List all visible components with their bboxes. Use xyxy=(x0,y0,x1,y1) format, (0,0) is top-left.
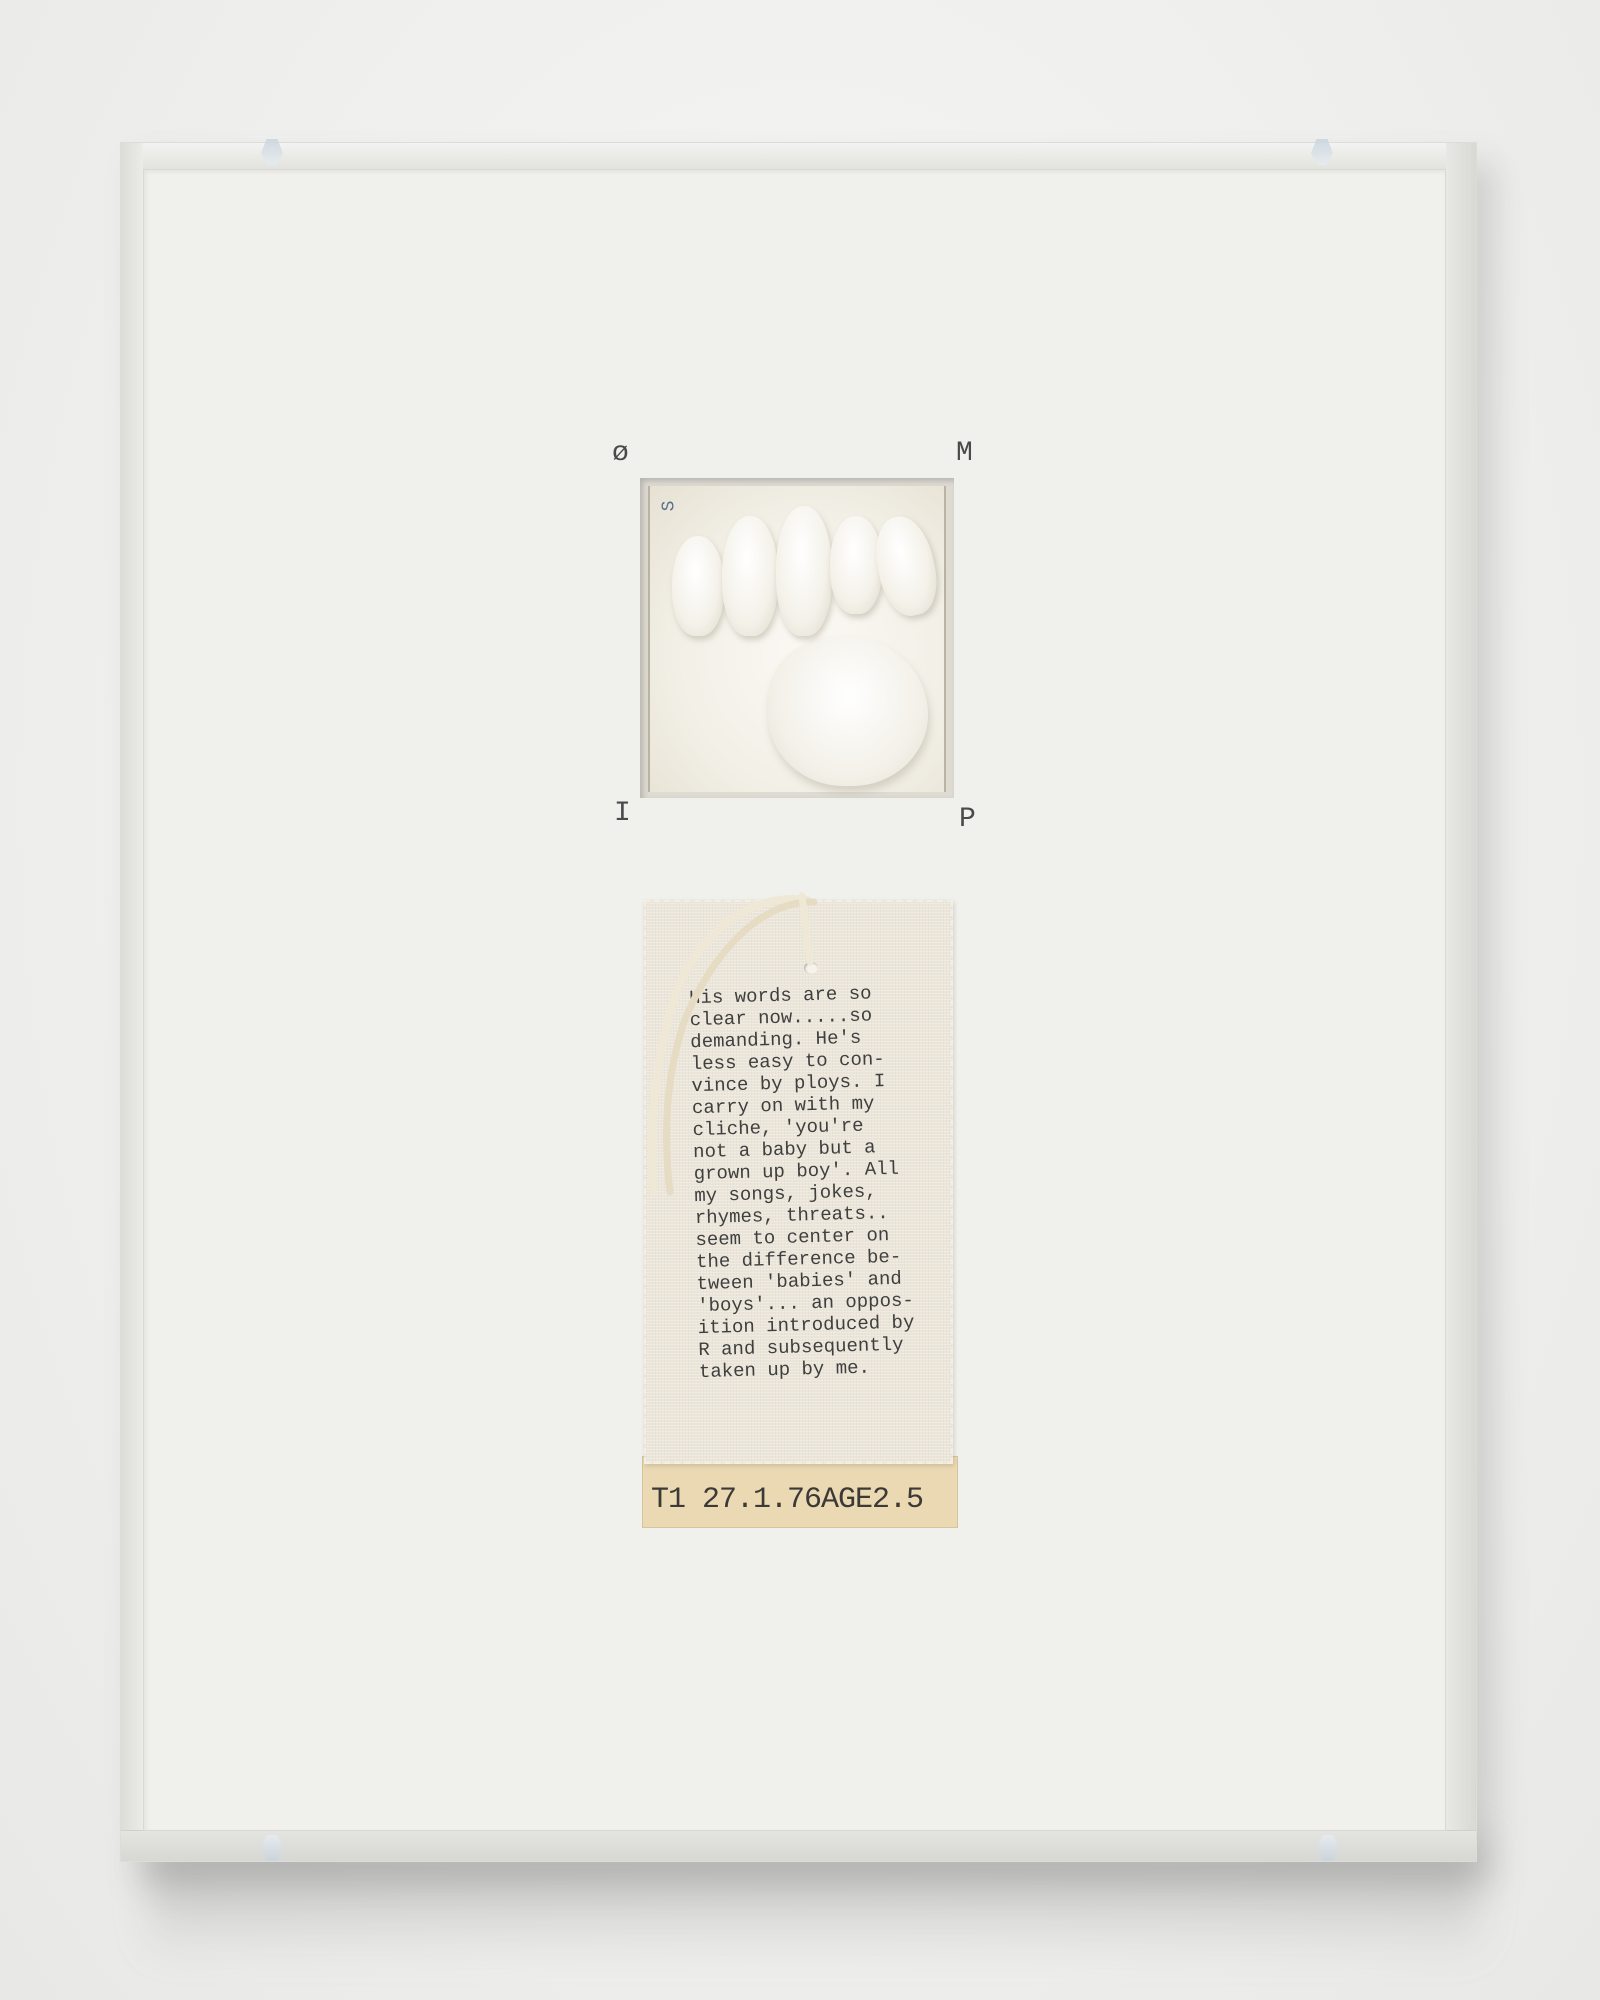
fabric-tag: T1 27.1.76AGE2.5 His words are so clear … xyxy=(642,896,956,1528)
acrylic-edge-right xyxy=(1446,143,1476,1861)
cast-mark: S xyxy=(659,501,679,512)
plaster-hand-cast: S xyxy=(648,486,946,792)
corner-letter-top-left: ø xyxy=(612,438,629,469)
finger-shape xyxy=(830,516,882,614)
corner-letter-bottom-right: P xyxy=(959,804,976,835)
acrylic-edge-left xyxy=(121,143,143,1861)
finger-shape xyxy=(776,506,832,636)
thumb-shape xyxy=(868,511,944,620)
date-label-text: T1 27.1.76AGE2.5 xyxy=(651,1483,923,1517)
date-label: T1 27.1.76AGE2.5 xyxy=(642,1456,958,1528)
finger-shape xyxy=(672,536,724,636)
acrylic-frame: ø M I P S T1 27.1.76AGE2.5 His words a xyxy=(120,142,1477,1862)
acrylic-edge-top xyxy=(121,143,1476,170)
palm-shape xyxy=(768,636,928,786)
tag-string xyxy=(552,892,842,1212)
corner-letter-top-right: M xyxy=(956,438,973,469)
hand-cast-window: S xyxy=(640,478,954,798)
acrylic-edge-bottom xyxy=(121,1830,1476,1861)
finger-shape xyxy=(722,516,778,636)
mat-board: ø M I P S T1 27.1.76AGE2.5 His words a xyxy=(143,169,1446,1831)
corner-letter-bottom-left: I xyxy=(614,798,631,829)
